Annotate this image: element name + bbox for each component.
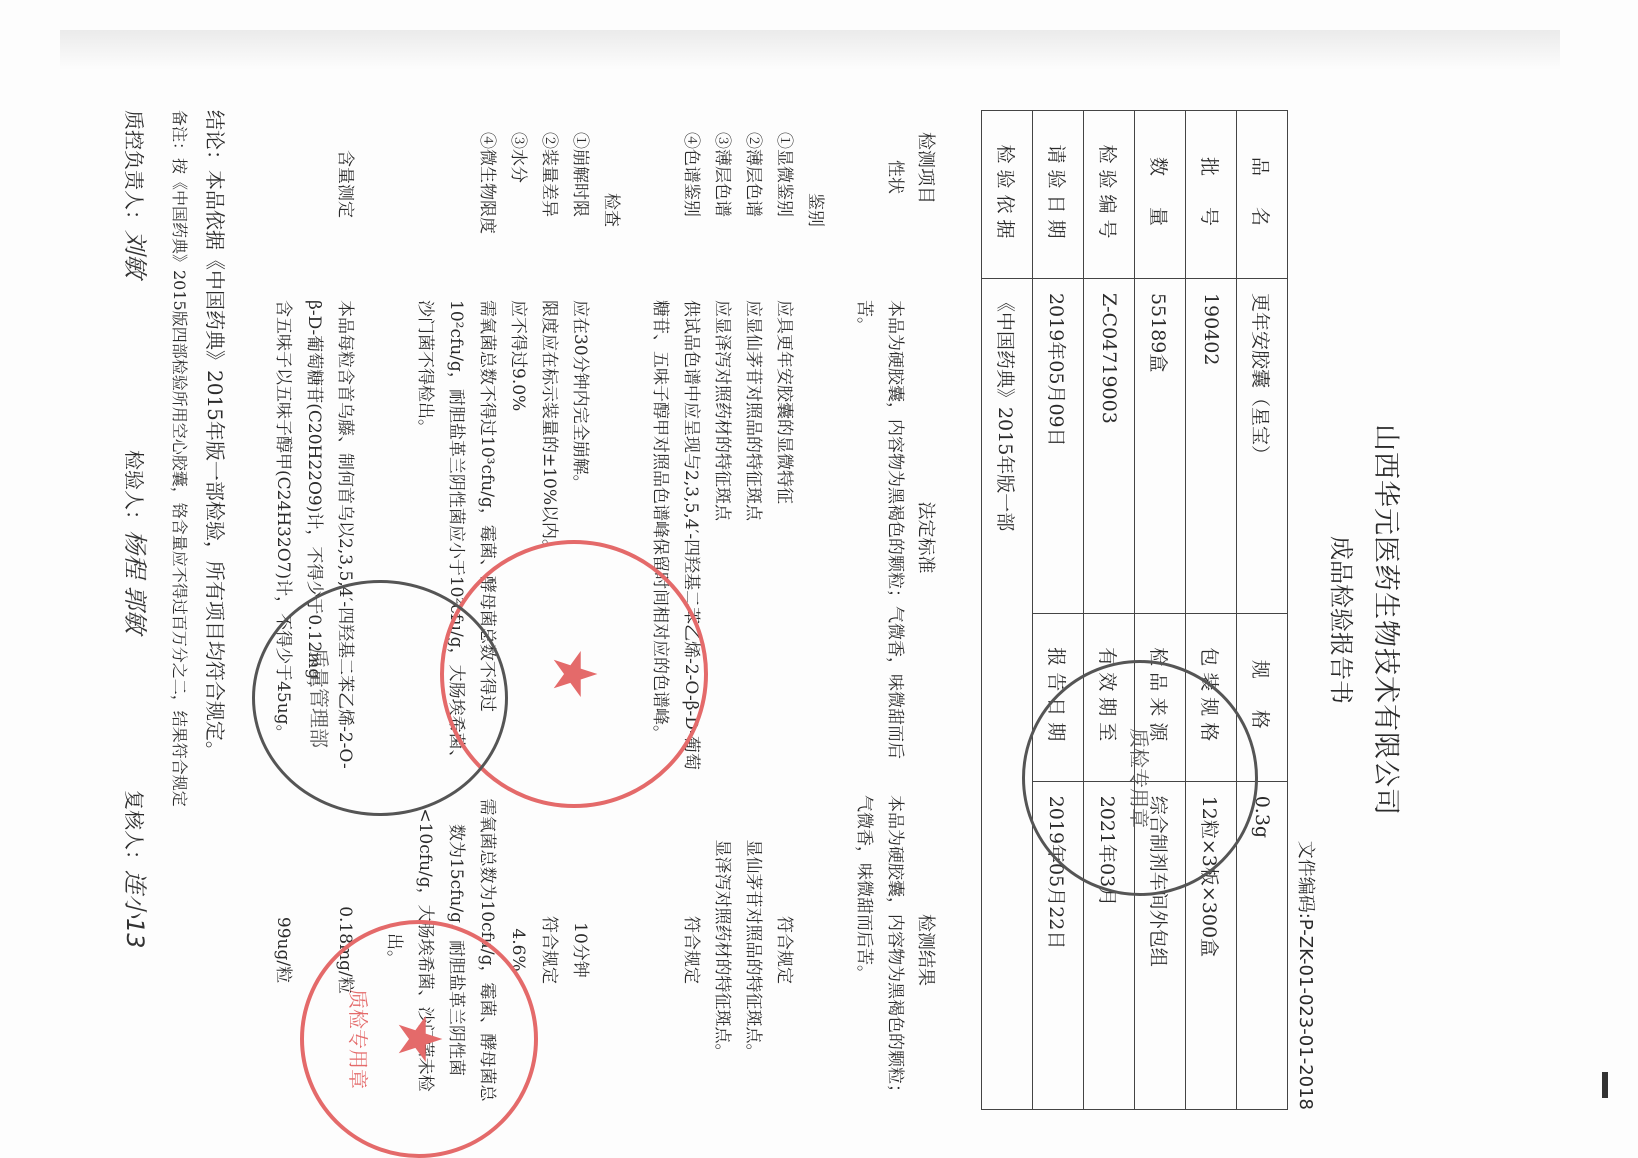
info-value: 190402 [1186,278,1237,613]
info-label: 品 名 [1237,111,1288,279]
test-name: ②装量差异 [533,100,564,300]
section-identification: 鉴别 [799,100,830,300]
info-value: 2021年03月 [1084,781,1135,1109]
col-item: 检测项目 [910,100,941,300]
test-standard: 应具更年安胶囊的显微特征 [768,300,799,775]
info-label: 规 格 [1237,613,1288,781]
info-label: 数 量 [1135,111,1186,279]
info-row: 数 量55189盒检品来源综合制剂车间外包组 [1135,111,1186,1110]
test-name: 含量测定 [298,100,360,300]
test-result: 0.18mg/粒 [298,775,360,1105]
info-label: 检品来源 [1135,613,1186,781]
signatures: 质控负责人：刘敏 检验人：杨程 郭敏 复核人：连小13 [120,110,155,1140]
test-row: ②薄层色谱应显仙茅苷对照品的特征斑点显仙茅苷对照品的特征斑点。 [737,100,768,1140]
test-row: ①显微鉴别应具更年安胶囊的显微特征符合规定 [768,100,799,1140]
test-result: 10分钟 [564,775,595,1105]
test-row: ③薄层色谱应显泽泻对照药材的特征斑点显泽泻对照药材的特征斑点。 [706,100,737,1140]
info-row: 品 名更年安胶囊（星宝）规 格0.3g [1237,111,1288,1110]
test-name: ①显微鉴别 [768,100,799,300]
test-standard: 本品为硬胶囊，内容物为黑褐色的颗粒；气微香，味微甜而后苦。 [848,300,910,775]
test-row: ④微生物限度需氧菌总数不得过10³cfu/g，霉菌、酵母菌总数不得过10²cfu… [378,100,502,1140]
test-standard: 含五味子以五味子醇甲(C24H32O7)计，不得少于45ug。 [267,300,298,775]
conclusion: 结论：本品依据《中国药典》2015年版一部检验，所有项目均符合规定。 [202,110,231,1140]
info-label: 包装规格 [1186,613,1237,781]
test-standard: 应显仙茅苷对照品的特征斑点 [737,300,768,775]
test-standard: 供试品色谱中应呈现与2,3,5,4′-四羟基二苯乙烯-2-O-β-D-葡萄糖苷、… [644,300,706,775]
section-inspection: 检查 [595,100,626,300]
company-name: 山西华元医药生物技术有限公司 [1369,100,1408,1140]
info-label: 报告日期 [1033,613,1084,781]
test-standard: 限度应在标示装量的±10%以内。 [533,300,564,775]
info-value: 55189盒 [1135,278,1186,613]
test-name: ①崩解时限 [564,100,595,300]
info-value: 0.3g [1237,781,1288,1109]
info-row: 请验日期2019年05月09日报告日期2019年05月22日 [1033,111,1084,1110]
tests-section: 检测项目 法定标准 检测结果 性状 本品为硬胶囊，内容物为黑褐色的颗粒；气微香，… [267,100,941,1140]
info-value: 《中国药典》2015年版一部 [982,278,1033,1109]
info-value: 综合制剂车间外包组 [1135,781,1186,1109]
info-value: 12粒×3板×300盒 [1186,781,1237,1109]
info-value: 2019年05月09日 [1033,278,1084,613]
info-value: 更年安胶囊（星宝） [1237,278,1288,613]
info-label: 请验日期 [1033,111,1084,279]
info-row: 检验编号Z-C04719003有效期至2021年03月 [1084,111,1135,1110]
test-row: ②装量差异限度应在标示装量的±10%以内。符合规定 [533,100,564,1140]
info-label: 批 号 [1186,111,1237,279]
tests-header: 检测项目 法定标准 检测结果 [910,100,941,1140]
test-name [267,100,298,300]
test-name: 性状 [848,100,910,300]
scan-shadow [60,30,1560,70]
info-value: 2019年05月22日 [1033,781,1084,1109]
test-result: 本品为硬胶囊，内容物为黑褐色的颗粒；气微香，味微甜而后苦。 [848,775,910,1105]
inspection-report-page: 山西华元医药生物技术有限公司 成品检验报告书 文件编码:P-ZK-01-023-… [78,100,1408,1140]
test-result: 符合规定 [533,775,564,1105]
test-row: ①崩解时限应在30分钟内完全崩解。10分钟 [564,100,595,1140]
test-name: ③薄层色谱 [706,100,737,300]
col-result: 检测结果 [910,775,941,1105]
test-standard: 应显泽泻对照药材的特征斑点 [706,300,737,775]
test-row: ③水分应不得过9.0%4.6% [502,100,533,1140]
info-table: 品 名更年安胶囊（星宝）规 格0.3g批 号190402包装规格12粒×3板×3… [981,110,1288,1110]
test-result: 符合规定 [644,775,706,1105]
test-row: 含量测定本品每粒含首乌藤、制何首乌以2,3,5,4′-四羟基二苯乙烯-2-O-β… [298,100,360,1140]
test-standard: 应在30分钟内完全崩解。 [564,300,595,775]
info-label: 检验依据 [982,111,1033,279]
test-name: ③水分 [502,100,533,300]
test-row: ④色谱鉴别供试品色谱中应呈现与2,3,5,4′-四羟基二苯乙烯-2-O-β-D-… [644,100,706,1140]
test-result: 99ug/粒 [267,775,298,1105]
qc-signature: 质控负责人：刘敏 [120,110,155,450]
inspector-signature: 检验人：杨程 郭敏 [120,450,155,790]
test-result: 显仙茅苷对照品的特征斑点。 [737,775,768,1105]
test-name: ④微生物限度 [378,100,502,300]
test-name: ④色谱鉴别 [644,100,706,300]
reviewer-signature: 复核人：连小13 [120,790,155,1130]
test-result: 需氧菌总数为10cfu/g，霉菌、酵母菌总数为15cfu/g，耐胆盐革兰阴性菌<… [378,775,502,1105]
scan-mark [1602,1072,1608,1098]
test-row-appearance: 性状 本品为硬胶囊，内容物为黑褐色的颗粒；气微香，味微甜而后苦。 本品为硬胶囊，… [848,100,910,1140]
col-standard: 法定标准 [910,300,941,775]
test-result: 显泽泻对照药材的特征斑点。 [706,775,737,1105]
test-standard: 应不得过9.0% [502,300,533,775]
file-number: 文件编码:P-ZK-01-023-01-2018 [1294,100,1320,1140]
note: 备注：按《中国药典》2015版四部检验所用空心胶囊，铬含量应不得过百万分之二，结… [169,110,192,1140]
info-row: 检验依据《中国药典》2015年版一部 [982,111,1033,1110]
info-value: Z-C04719003 [1084,278,1135,613]
info-label: 有效期至 [1084,613,1135,781]
info-label: 检验编号 [1084,111,1135,279]
report-title: 成品检验报告书 [1326,100,1361,1140]
test-result: 符合规定 [768,775,799,1105]
test-row: 含五味子以五味子醇甲(C24H32O7)计，不得少于45ug。99ug/粒 [267,100,298,1140]
info-row: 批 号190402包装规格12粒×3板×300盒 [1186,111,1237,1110]
test-name: ②薄层色谱 [737,100,768,300]
test-standard: 本品每粒含首乌藤、制何首乌以2,3,5,4′-四羟基二苯乙烯-2-O-β-D-葡… [298,300,360,775]
test-result: 4.6% [502,775,533,1105]
test-standard: 需氧菌总数不得过10³cfu/g，霉菌、酵母菌总数不得过10²cfu/g，耐胆盐… [378,300,502,775]
